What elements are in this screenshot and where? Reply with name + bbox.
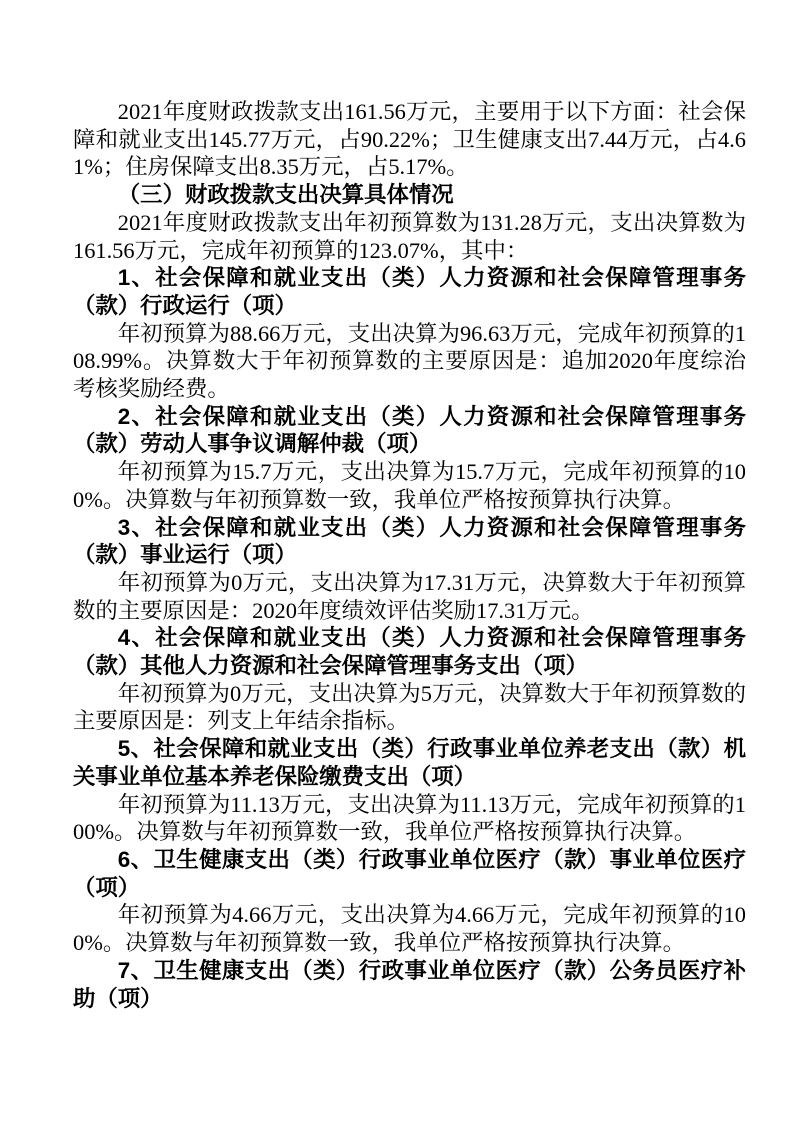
body-paragraph: 年初预算为0万元，支出决算为5万元，决算数大于年初预算数的主要原因是：列支上年结… [73,680,746,735]
section-heading: 7、卫生健康支出（类）行政事业单位医疗（款）公务员医疗补助（项） [73,957,746,1012]
section-heading: 3、社会保障和就业支出（类）人力资源和社会保障管理事务（款）事业运行（项） [73,514,746,569]
section-heading: 1、社会保障和就业支出（类）人力资源和社会保障管理事务（款）行政运行（项） [73,264,746,319]
section-heading: 6、卫生健康支出（类）行政事业单位医疗（款）事业单位医疗（项） [73,846,746,901]
body-paragraph: 年初预算为11.13万元，支出决算为11.13万元，完成年初预算的100%。决算… [73,791,746,846]
body-paragraph: 2021年度财政拨款支出161.56万元，主要用于以下方面：社会保障和就业支出1… [73,98,746,181]
body-paragraph: 年初预算为4.66万元，支出决算为4.66万元，完成年初预算的100%。决算数与… [73,901,746,956]
section-heading: 4、社会保障和就业支出（类）人力资源和社会保障管理事务（款）其他人力资源和社会保… [73,624,746,679]
body-paragraph: 2021年度财政拨款支出年初预算数为131.28万元，支出决算数为161.56万… [73,209,746,264]
section-heading: 2、社会保障和就业支出（类）人力资源和社会保障管理事务（款）劳动人事争议调解仲裁… [73,403,746,458]
body-paragraph: 年初预算为0万元，支出决算为17.31万元，决算数大于年初预算数的主要原因是：2… [73,569,746,624]
section-heading: （三）财政拨款支出决算具体情况 [73,181,746,209]
body-paragraph: 年初预算为88.66万元，支出决算为96.63万元，完成年初预算的108.99%… [73,320,746,403]
document-body: 2021年度财政拨款支出161.56万元，主要用于以下方面：社会保障和就业支出1… [73,98,746,1012]
document-page: 2021年度财政拨款支出161.56万元，主要用于以下方面：社会保障和就业支出1… [0,0,793,1122]
section-heading: 5、社会保障和就业支出（类）行政事业单位养老支出（款）机关事业单位基本养老保险缴… [73,735,746,790]
body-paragraph: 年初预算为15.7万元，支出决算为15.7万元，完成年初预算的100%。决算数与… [73,458,746,513]
